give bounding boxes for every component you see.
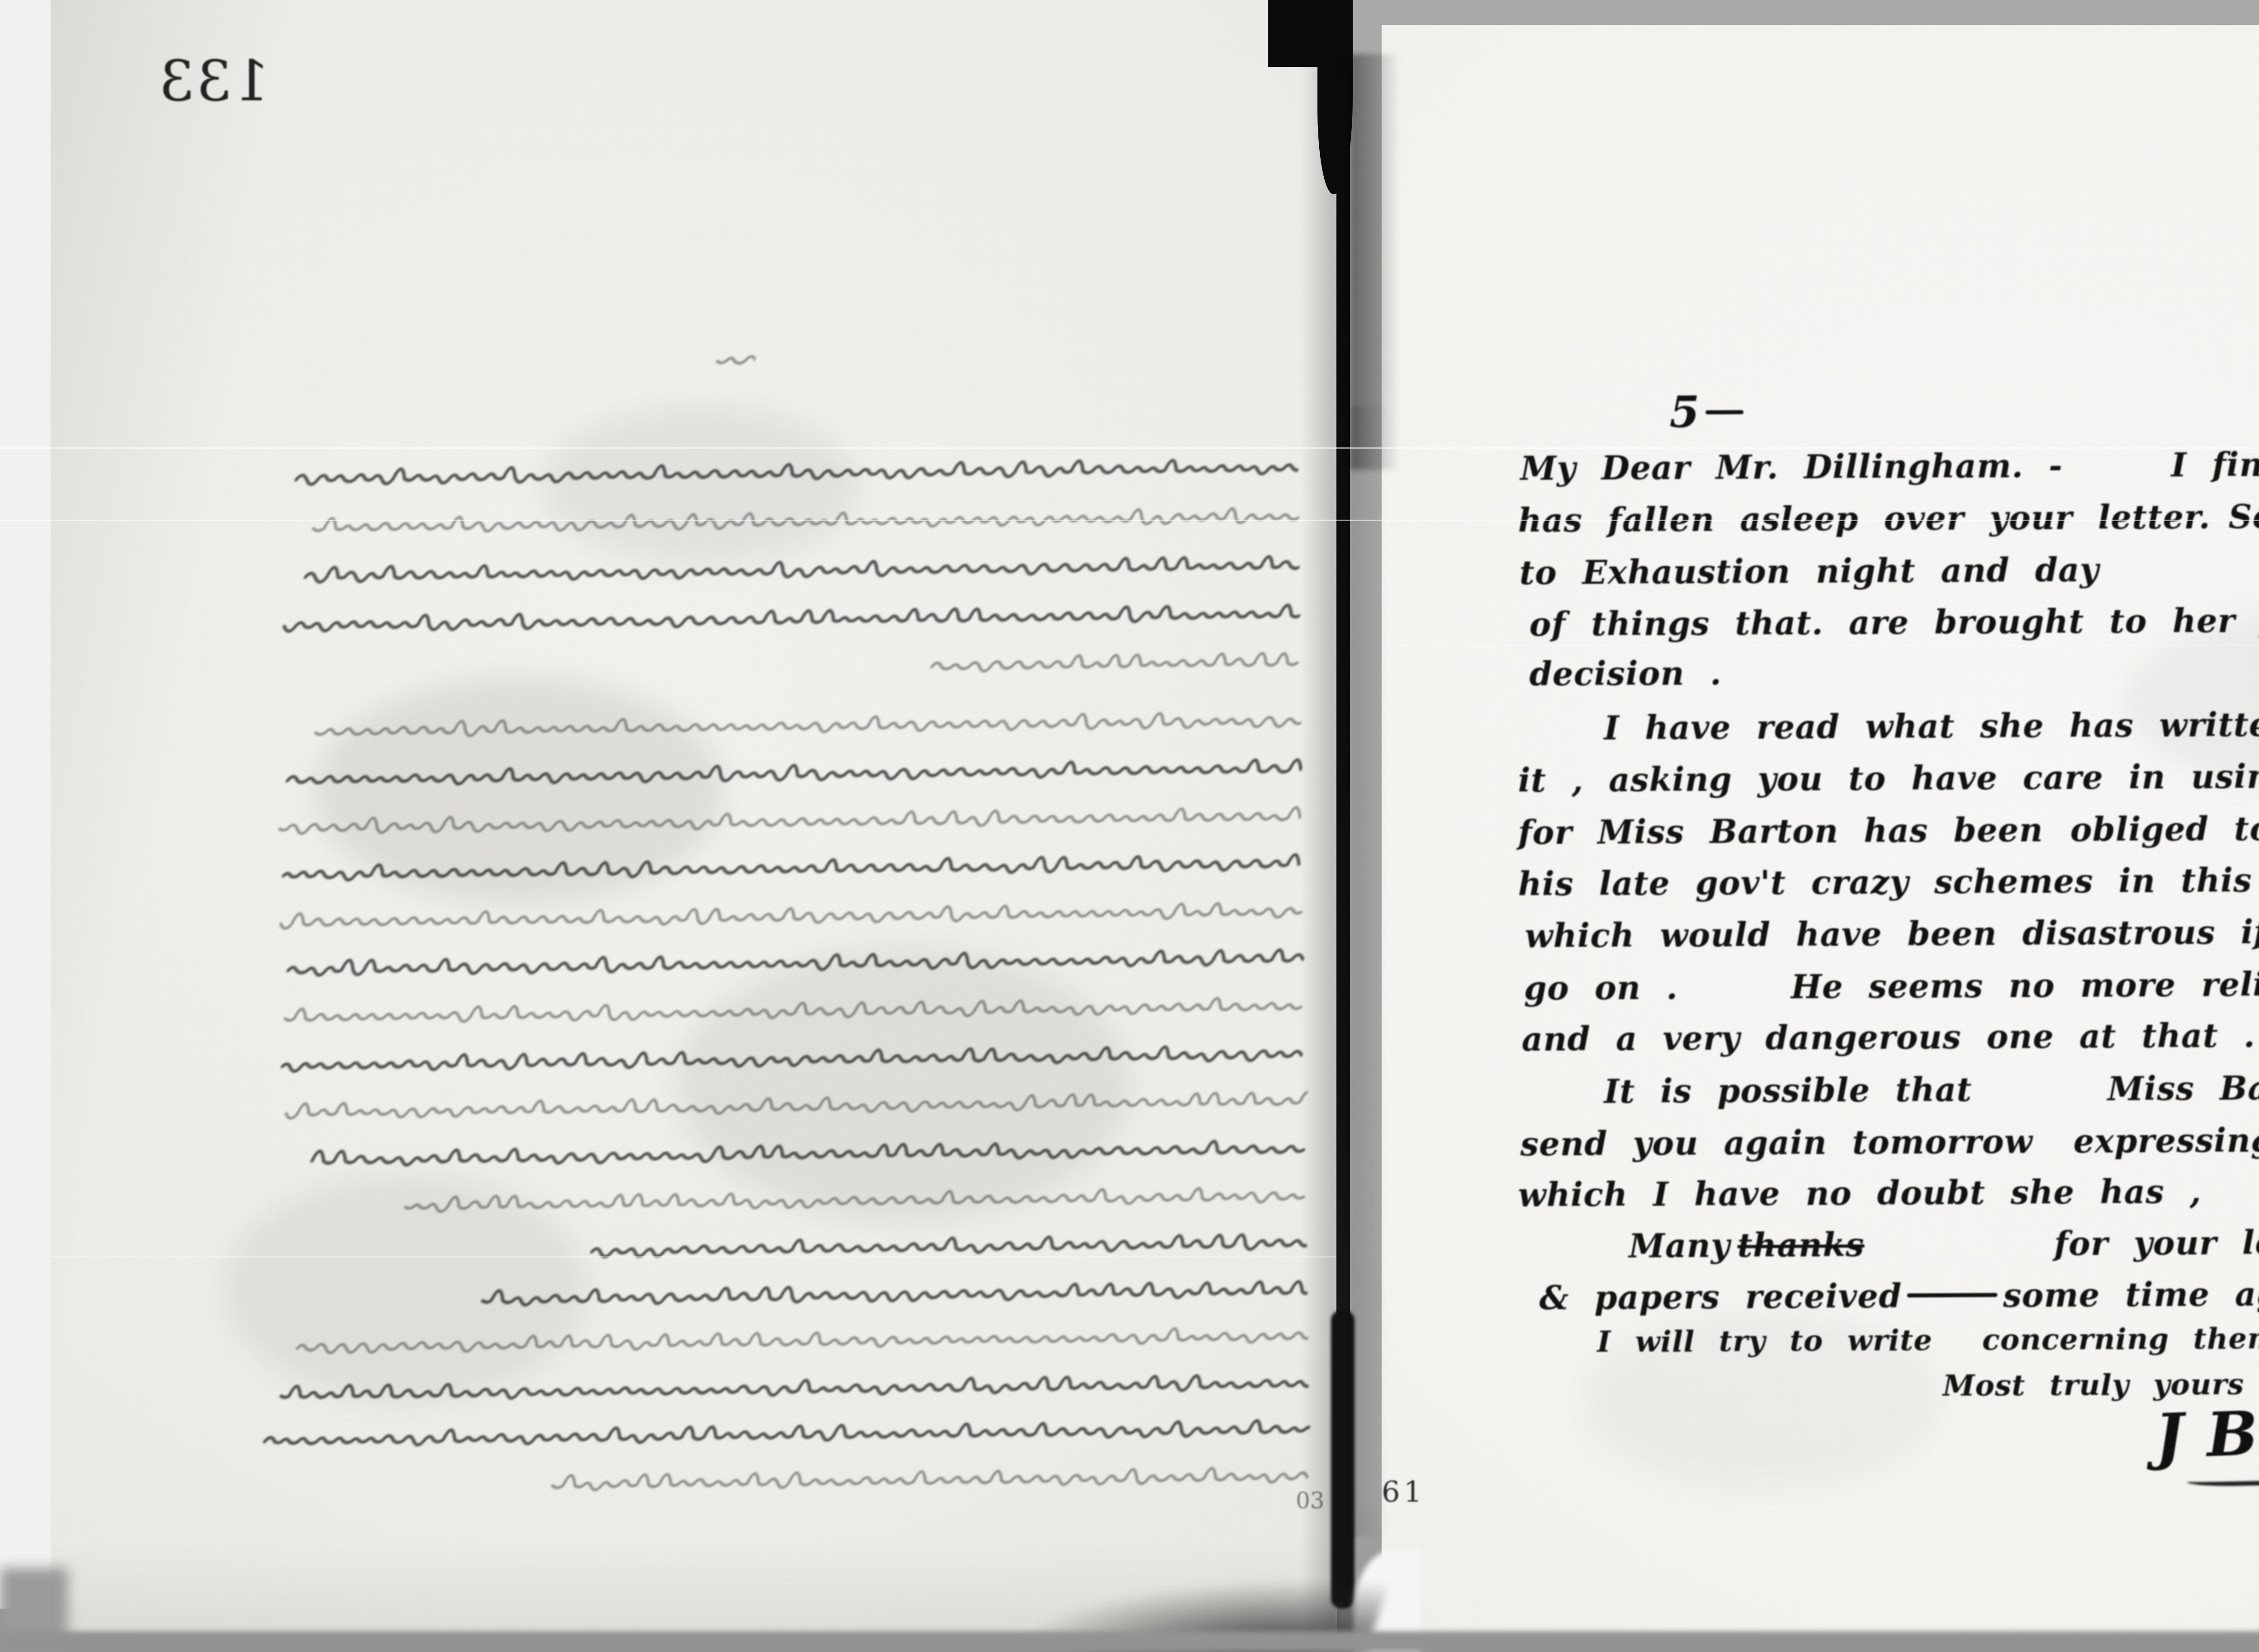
handwriting-line: which I have no doubt she has , (1518, 1172, 2202, 1214)
handwriting-text: for your letter and (2054, 1222, 2259, 1262)
handwriting-line: it , asking you to have care in using th… (1518, 756, 2259, 800)
handwriting-line: & papers receivedsome time ago . (1539, 1274, 2259, 1317)
handwriting-text: go on . (1524, 968, 1678, 1008)
scan-artifact-line (1382, 645, 2259, 646)
handwriting-line: send you again tomorrowexpressing furthe… (1520, 1119, 2259, 1164)
handwriting-line: I will try to writeconcerning them soon (1597, 1321, 2259, 1359)
scan-artifact-line (0, 520, 2259, 521)
handwriting-text: which I have no doubt she has , (1518, 1172, 2202, 1214)
handwriting-text: some time ago . (2003, 1274, 2259, 1314)
word-gap (1932, 1350, 1982, 1350)
pen-stroke (1907, 1293, 1997, 1297)
handwriting-line: My Dear Mr. Dillingham. -I find Miss Bar… (1520, 444, 2259, 488)
gutter-stamp-fragment-right: 61 (1382, 1476, 1425, 1509)
handwriting-text: concerning them soon (1982, 1321, 2259, 1357)
handwriting-text: Miss Barton will (2108, 1068, 2259, 1108)
word-gap (1865, 1255, 2054, 1256)
handwriting-text: So she is worked (2228, 496, 2259, 536)
handwriting-line: decision . (1529, 654, 1722, 693)
word-gap (1972, 1100, 2108, 1101)
word-gap (2063, 476, 2171, 477)
handwriting-text: I will try to write (1597, 1323, 1933, 1359)
scan-artifact-line (0, 447, 2259, 449)
handwriting-text: & papers received (1539, 1277, 1902, 1317)
handwriting-text: I have read what she has written and enc… (1604, 704, 2259, 747)
handwriting-text: expressing further (2073, 1120, 2259, 1160)
handwriting-text: obliged to stop (2070, 809, 2259, 849)
scan-edge-bottom (0, 1631, 2259, 1652)
handwriting-line: and a very dangerous one at that . (1522, 1016, 2255, 1059)
book-scan: 133 134 5 My Dear Mr. Dillingham. -I fin… (0, 0, 2259, 1652)
right-page-letter: 5 My Dear Mr. Dillingham. -I find Miss B… (0, 0, 2259, 1652)
handwriting-line: of things that. are brought to her for c… (1529, 600, 2259, 643)
handwriting-line: to Exhaustion night and dayin the accumu… (1519, 547, 2259, 592)
handwriting-text: to Exhaustion night and day (1519, 550, 2099, 592)
letter-header-numeral: 5 (1669, 386, 1749, 438)
handwriting-text: thanks (1737, 1225, 1864, 1264)
handwriting-line: has fallen asleep over your letter.So sh… (1518, 496, 2259, 540)
scan-artifact-line (51, 1256, 1336, 1258)
handwriting-text: for Miss Barton has been (1518, 811, 2043, 852)
handwriting-text: it , asking you to have care in using th… (1518, 756, 2259, 800)
handwriting-text: his late gov't crazy schemes in this Con… (1518, 859, 2259, 903)
handwriting-text: has fallen asleep over your letter. (1518, 497, 2211, 540)
handwriting-line: go on .He seems no more reliable than a … (1524, 963, 2259, 1008)
handwriting-line: which would have been disastrous if allo… (1525, 911, 2259, 955)
word-gap (1678, 998, 1791, 999)
handwriting-line: I have read what she has written and enc… (1604, 704, 2259, 747)
handwriting-text: It is possible that (1604, 1070, 1972, 1111)
handwriting-text: Many (1629, 1226, 1730, 1265)
handwriting-text: which would have been disastrous if allo… (1525, 911, 2259, 955)
handwriting-text: Most truly yours (1943, 1367, 2245, 1403)
binding-line (1336, 54, 1350, 1527)
handwriting-text: decision . (1529, 654, 1722, 693)
handwriting-text: send you again tomorrow (1520, 1122, 2033, 1163)
handwriting-line: Most truly yours (1943, 1367, 2245, 1403)
handwriting-text: of things that. are brought to her for c… (1529, 600, 2259, 643)
handwriting-line: Manythanksfor your letter and (1629, 1222, 2259, 1265)
header-numeral: 5 (1669, 386, 1700, 437)
handwriting-text: I find Miss Barton (2171, 444, 2259, 484)
word-gap (2099, 580, 2259, 581)
handwriting-line: his late gov't crazy schemes in this Con… (1518, 859, 2259, 903)
handwriting-text: and a very dangerous one at that . (1522, 1016, 2255, 1059)
handwriting-line: for Miss Barton has beenobliged to stops… (1518, 807, 2259, 852)
pen-flourish (1706, 410, 1743, 414)
handwriting-text: He seems no more reliable than a child (1791, 963, 2259, 1006)
handwriting-line: It is possible thatMiss Barton will (1604, 1068, 2259, 1111)
handwriting-text: My Dear Mr. Dillingham. - (1520, 446, 2063, 488)
gutter-shadow (1350, 407, 1386, 1536)
